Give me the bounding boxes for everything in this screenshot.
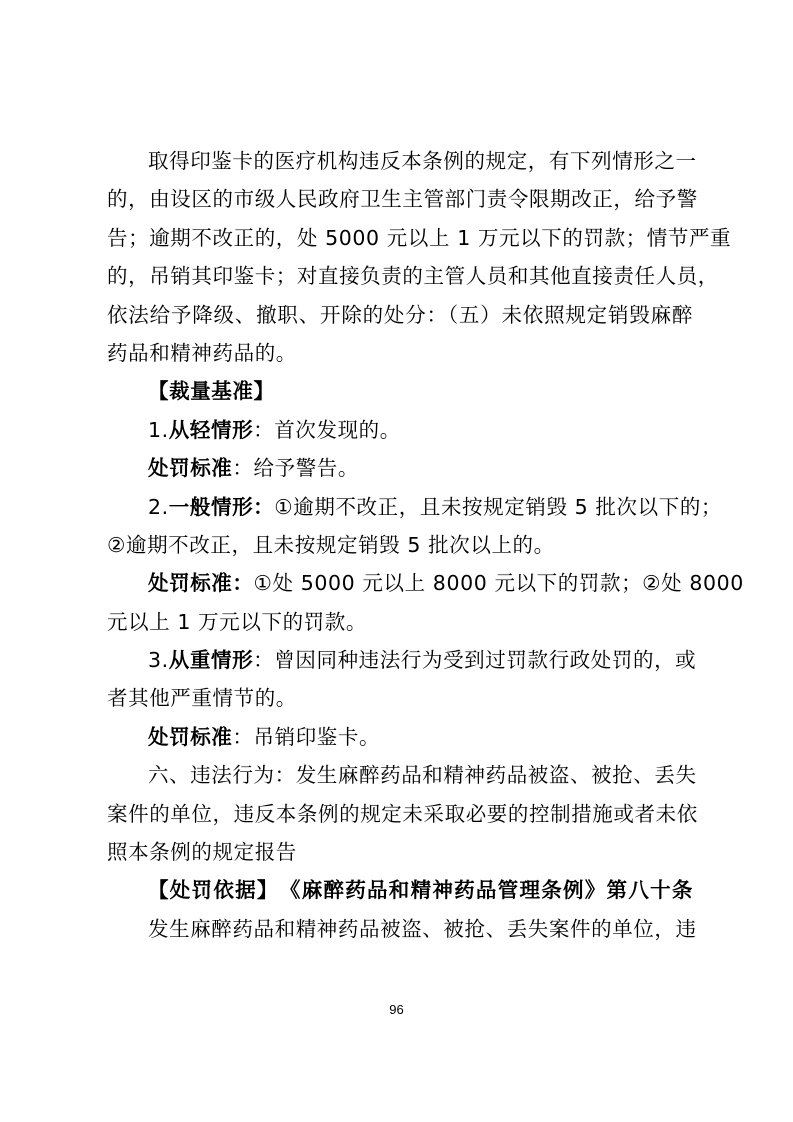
text-line: 案件的单位，违反本条例的规定未采取必要的控制措施或者未依 bbox=[107, 795, 693, 833]
text: 照本条例的规定报告 bbox=[107, 840, 297, 864]
text: 六、违法行为：发生麻醉药品和精神药品被盗、被抢、丢失 bbox=[148, 763, 697, 787]
text-line: 依法给予降级、撤职、开除的处分：（五）未依照规定销毁麻醉 bbox=[107, 296, 693, 334]
text-line: 发生麻醉药品和精神药品被盗、被抢、丢失案件的单位，违 bbox=[107, 910, 693, 948]
text-line: 处罚标准：给予警告。 bbox=[107, 449, 693, 487]
bold-text: 从轻情形 bbox=[169, 418, 253, 442]
text-line: 照本条例的规定报告 bbox=[107, 833, 693, 871]
text: 取得印鉴卡的医疗机构违反本条例的规定，有下列情形之一 bbox=[148, 149, 697, 173]
bold-text: 【裁量基准】 bbox=[148, 379, 275, 403]
text-line: 3.从重情形：曾因同种违法行为受到过罚款行政处罚的，或 bbox=[107, 641, 693, 679]
bold-text: 处罚标准 bbox=[148, 456, 232, 480]
text: 药品和精神药品的。 bbox=[107, 341, 297, 365]
text-line: 【处罚依据】 《麻醉药品和精神药品管理条例》第八十条 bbox=[107, 871, 693, 909]
bold-text: 从重情形 bbox=[169, 648, 253, 672]
document-body: 取得印鉴卡的医疗机构违反本条例的规定，有下列情形之一的，由设区的市级人民政府卫生… bbox=[107, 142, 693, 948]
bold-text: 【处罚依据】 《麻醉药品和精神药品管理条例》第八十条 bbox=[148, 878, 693, 902]
text: 3. bbox=[148, 648, 169, 672]
text: 依法给予降级、撤职、开除的处分：（五）未依照规定销毁麻醉 bbox=[107, 303, 693, 327]
text: ：给予警告。 bbox=[232, 456, 359, 480]
text: 告；逾期不改正的，处 5000 元以上 1 万元以下的罚款；情节严重 bbox=[107, 226, 731, 250]
text-line: 处罚标准：①处 5000 元以上 8000 元以下的罚款；②处 8000 bbox=[107, 564, 693, 602]
text-line: 处罚标准：吊销印鉴卡。 bbox=[107, 718, 693, 756]
text: ：吊销印鉴卡。 bbox=[232, 725, 380, 749]
bold-text: 处罚标准： bbox=[148, 571, 254, 595]
text-line: 的，由设区的市级人民政府卫生主管部门责令限期改正，给予警 bbox=[107, 180, 693, 218]
text: ：曾因同种违法行为受到过罚款行政处罚的，或 bbox=[253, 648, 696, 672]
page-number: 96 bbox=[0, 1002, 793, 1017]
text: 发生麻醉药品和精神药品被盗、被抢、丢失案件的单位，违 bbox=[148, 917, 697, 941]
text-line: 者其他严重情节的。 bbox=[107, 679, 693, 717]
text-line: 2.一般情形：①逾期不改正，且未按规定销毁 5 批次以下的； bbox=[107, 488, 693, 526]
text: ：首次发现的。 bbox=[253, 418, 401, 442]
text: 者其他严重情节的。 bbox=[107, 686, 297, 710]
text: 的，吊销其印鉴卡；对直接负责的主管人员和其他直接责任人员， bbox=[107, 264, 719, 288]
text: ②逾期不改正，且未按规定销毁 5 批次以上的。 bbox=[107, 533, 555, 557]
text-line: 六、违法行为：发生麻醉药品和精神药品被盗、被抢、丢失 bbox=[107, 756, 693, 794]
text: ①处 5000 元以上 8000 元以下的罚款；②处 8000 bbox=[254, 571, 744, 595]
bold-text: 一般情形： bbox=[169, 495, 275, 519]
text: 元以上 1 万元以下的罚款。 bbox=[107, 610, 367, 634]
text-line: ②逾期不改正，且未按规定销毁 5 批次以上的。 bbox=[107, 526, 693, 564]
text-line: 告；逾期不改正的，处 5000 元以上 1 万元以下的罚款；情节严重 bbox=[107, 219, 693, 257]
text: 案件的单位，违反本条例的规定未采取必要的控制措施或者未依 bbox=[107, 802, 698, 826]
text: ①逾期不改正，且未按规定销毁 5 批次以下的； bbox=[274, 495, 722, 519]
text-line: 药品和精神药品的。 bbox=[107, 334, 693, 372]
bold-text: 处罚标准 bbox=[148, 725, 232, 749]
text: 2. bbox=[148, 495, 169, 519]
text-line: 的，吊销其印鉴卡；对直接负责的主管人员和其他直接责任人员， bbox=[107, 257, 693, 295]
text-line: 1.从轻情形：首次发现的。 bbox=[107, 411, 693, 449]
text: 1. bbox=[148, 418, 169, 442]
text-line: 取得印鉴卡的医疗机构违反本条例的规定，有下列情形之一 bbox=[107, 142, 693, 180]
text-line: 【裁量基准】 bbox=[107, 372, 693, 410]
text-line: 元以上 1 万元以下的罚款。 bbox=[107, 603, 693, 641]
text: 的，由设区的市级人民政府卫生主管部门责令限期改正，给予警 bbox=[107, 187, 698, 211]
